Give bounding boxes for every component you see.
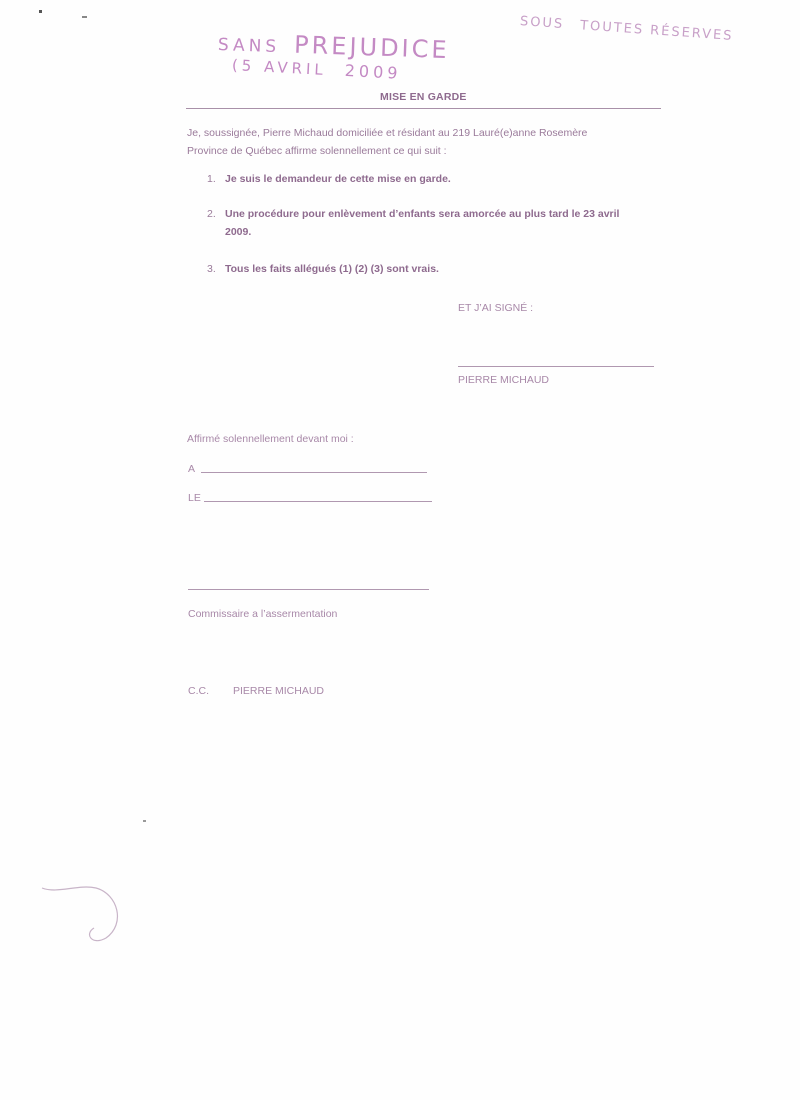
scan-speck: [82, 16, 87, 18]
signer-name: PIERRE MICHAUD: [458, 372, 549, 388]
signature-line[interactable]: [458, 366, 654, 367]
commissioner-signature-line[interactable]: [188, 589, 429, 590]
handwritten-word: TOUTES RÉSERVES: [580, 18, 734, 44]
date-label: LE: [188, 490, 201, 506]
list-item: 2.Une procédure pour enlèvement d’enfant…: [207, 205, 619, 241]
document-page: SANSPREJUDICE (5 AVRIL2009 SOUSTOUTES RÉ…: [0, 0, 800, 1100]
list-item-text: Une procédure pour enlèvement d’enfants …: [225, 208, 619, 220]
list-item-number: 1.: [207, 170, 225, 188]
intro-line: Province de Québec affirme solennellemen…: [187, 143, 587, 161]
list-item: 3.Tous les faits allégués (1) (2) (3) so…: [207, 260, 439, 278]
cc-label: C.C.: [188, 685, 209, 697]
intro-paragraph: Je, soussignée, Pierre Michaud domicilié…: [187, 125, 587, 161]
commissioner-label: Commissaire a l’assermentation: [188, 606, 337, 622]
place-label: A: [188, 461, 195, 477]
list-item-text: Tous les faits allégués (1) (2) (3) sont…: [225, 263, 439, 275]
list-item-number: 2.: [207, 205, 225, 223]
pen-swirl-mark: [40, 880, 130, 950]
handwritten-annotation-sous-toutes-reserves: SOUSTOUTES RÉSERVES: [519, 14, 733, 44]
handwritten-word: SANS: [218, 35, 281, 57]
signature-label: ET J’AI SIGNÉ :: [458, 300, 533, 316]
handwritten-day: (5 AVRIL: [232, 56, 328, 79]
list-item-number: 3.: [207, 260, 225, 278]
list-item: 1.Je suis le demandeur de cette mise en …: [207, 170, 451, 188]
affirmation-label: Affirmé solennellement devant moi :: [187, 431, 354, 447]
carbon-copy: C.C.PIERRE MICHAUD: [188, 683, 324, 699]
handwritten-word: SOUS: [519, 14, 564, 32]
scan-speck: [143, 820, 146, 822]
place-field-line[interactable]: [201, 472, 427, 473]
cc-name: PIERRE MICHAUD: [233, 685, 324, 697]
scan-speck: [39, 10, 42, 13]
date-field-line[interactable]: [204, 501, 432, 502]
intro-line: Je, soussignée, Pierre Michaud domicilié…: [187, 125, 587, 143]
title-rule: [186, 108, 661, 109]
document-title: MISE EN GARDE: [380, 91, 467, 103]
handwritten-year: 2009: [344, 61, 402, 83]
list-item-text: Je suis le demandeur de cette mise en ga…: [225, 173, 451, 185]
list-item-text-continued: 2009.: [225, 223, 619, 241]
